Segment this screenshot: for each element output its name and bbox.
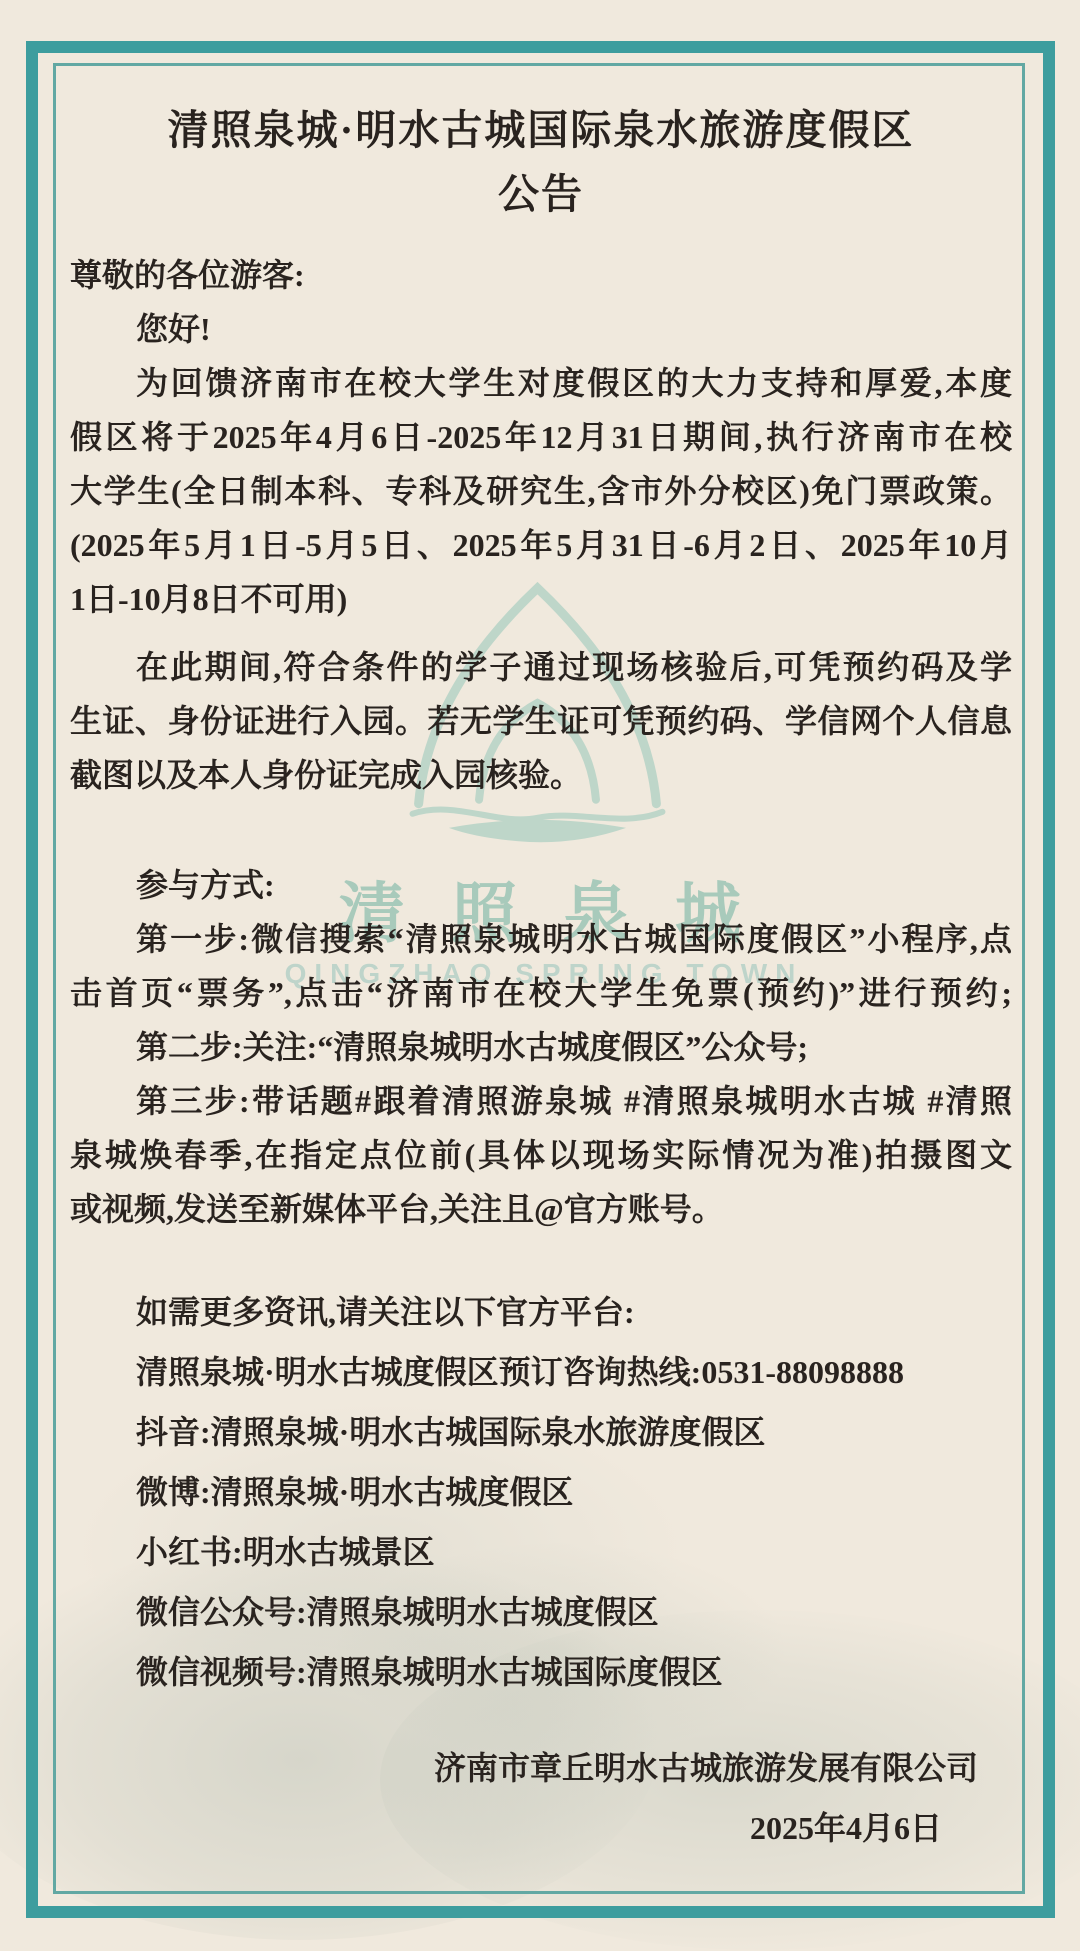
date: 2025年4月6日: [70, 1798, 1012, 1858]
contact-weibo: 微博:清照泉城·明水古城度假区: [70, 1462, 1012, 1522]
paragraph-2-line: 生证、身份证进行入园。若无学生证可凭预约码、学信网个人信息: [70, 694, 1012, 748]
paragraph-1-line: 为回馈济南市在校大学生对度假区的大力支持和厚爱,本度: [70, 356, 1012, 410]
salutation: 尊敬的各位游客:: [70, 248, 1012, 302]
body-lines: 尊敬的各位游客:您好!为回馈济南市在校大学生对度假区的大力支持和厚爱,本度假区将…: [70, 248, 1012, 1858]
announcement-content: 清照泉城·明水古城国际泉水旅游度假区 公告 尊敬的各位游客:您好!为回馈济南市在…: [70, 66, 1012, 1858]
contact-intro: 如需更多资讯,请关注以下官方平台:: [70, 1282, 1012, 1342]
step-line: 或视频,发送至新媒体平台,关注且@官方账号。: [70, 1182, 1012, 1236]
greeting: 您好!: [70, 302, 1012, 356]
announcement-page: 清照泉城 QINGZHAO SPRING TOWN 清照泉城·明水古城国际泉水旅…: [0, 0, 1080, 1951]
paragraph-2-line: 在此期间,符合条件的学子通过现场核验后,可凭预约码及学: [70, 640, 1012, 694]
paragraph-1-line: 1日-10月8日不可用): [70, 572, 1012, 626]
step-line: 击首页“票务”,点击“济南市在校大学生免票(预约)”进行预约;: [70, 966, 1012, 1020]
paragraph-1-line: 假区将于2025年4月6日-2025年12月31日期间,执行济南市在校: [70, 410, 1012, 464]
contact-wechat-official: 微信公众号:清照泉城明水古城度假区: [70, 1582, 1012, 1642]
page-title: 清照泉城·明水古城国际泉水旅游度假区 公告: [70, 98, 1012, 226]
contact-hotline: 清照泉城·明水古城度假区预订咨询热线:0531-88098888: [70, 1342, 1012, 1402]
title-line-2: 公告: [70, 162, 1012, 226]
step-line: 第一步:微信搜索“清照泉城明水古城国际度假区”小程序,点: [70, 912, 1012, 966]
contact-xiaohongshu: 小红书:明水古城景区: [70, 1522, 1012, 1582]
contact-douyin: 抖音:清照泉城·明水古城国际泉水旅游度假区: [70, 1402, 1012, 1462]
step-line: 第二步:关注:“清照泉城明水古城度假区”公众号;: [70, 1020, 1012, 1074]
step-line: 泉城焕春季,在指定点位前(具体以现场实际情况为准)拍摄图文: [70, 1128, 1012, 1182]
paragraph-1-line: (2025年5月1日-5月5日、2025年5月31日-6月2日、2025年10月: [70, 518, 1012, 572]
signature: 济南市章丘明水古城旅游发展有限公司: [70, 1738, 1012, 1798]
step-line: 第三步:带话题#跟着清照游泉城 #清照泉城明水古城 #清照: [70, 1074, 1012, 1128]
title-line-1: 清照泉城·明水古城国际泉水旅游度假区: [70, 98, 1012, 162]
section-label: 参与方式:: [70, 858, 1012, 912]
paragraph-2-line: 截图以及本人身份证完成入园核验。: [70, 748, 1012, 802]
contact-wechat-video: 微信视频号:清照泉城明水古城国际度假区: [70, 1642, 1012, 1702]
paragraph-1-line: 大学生(全日制本科、专科及研究生,含市外分校区)免门票政策。: [70, 464, 1012, 518]
